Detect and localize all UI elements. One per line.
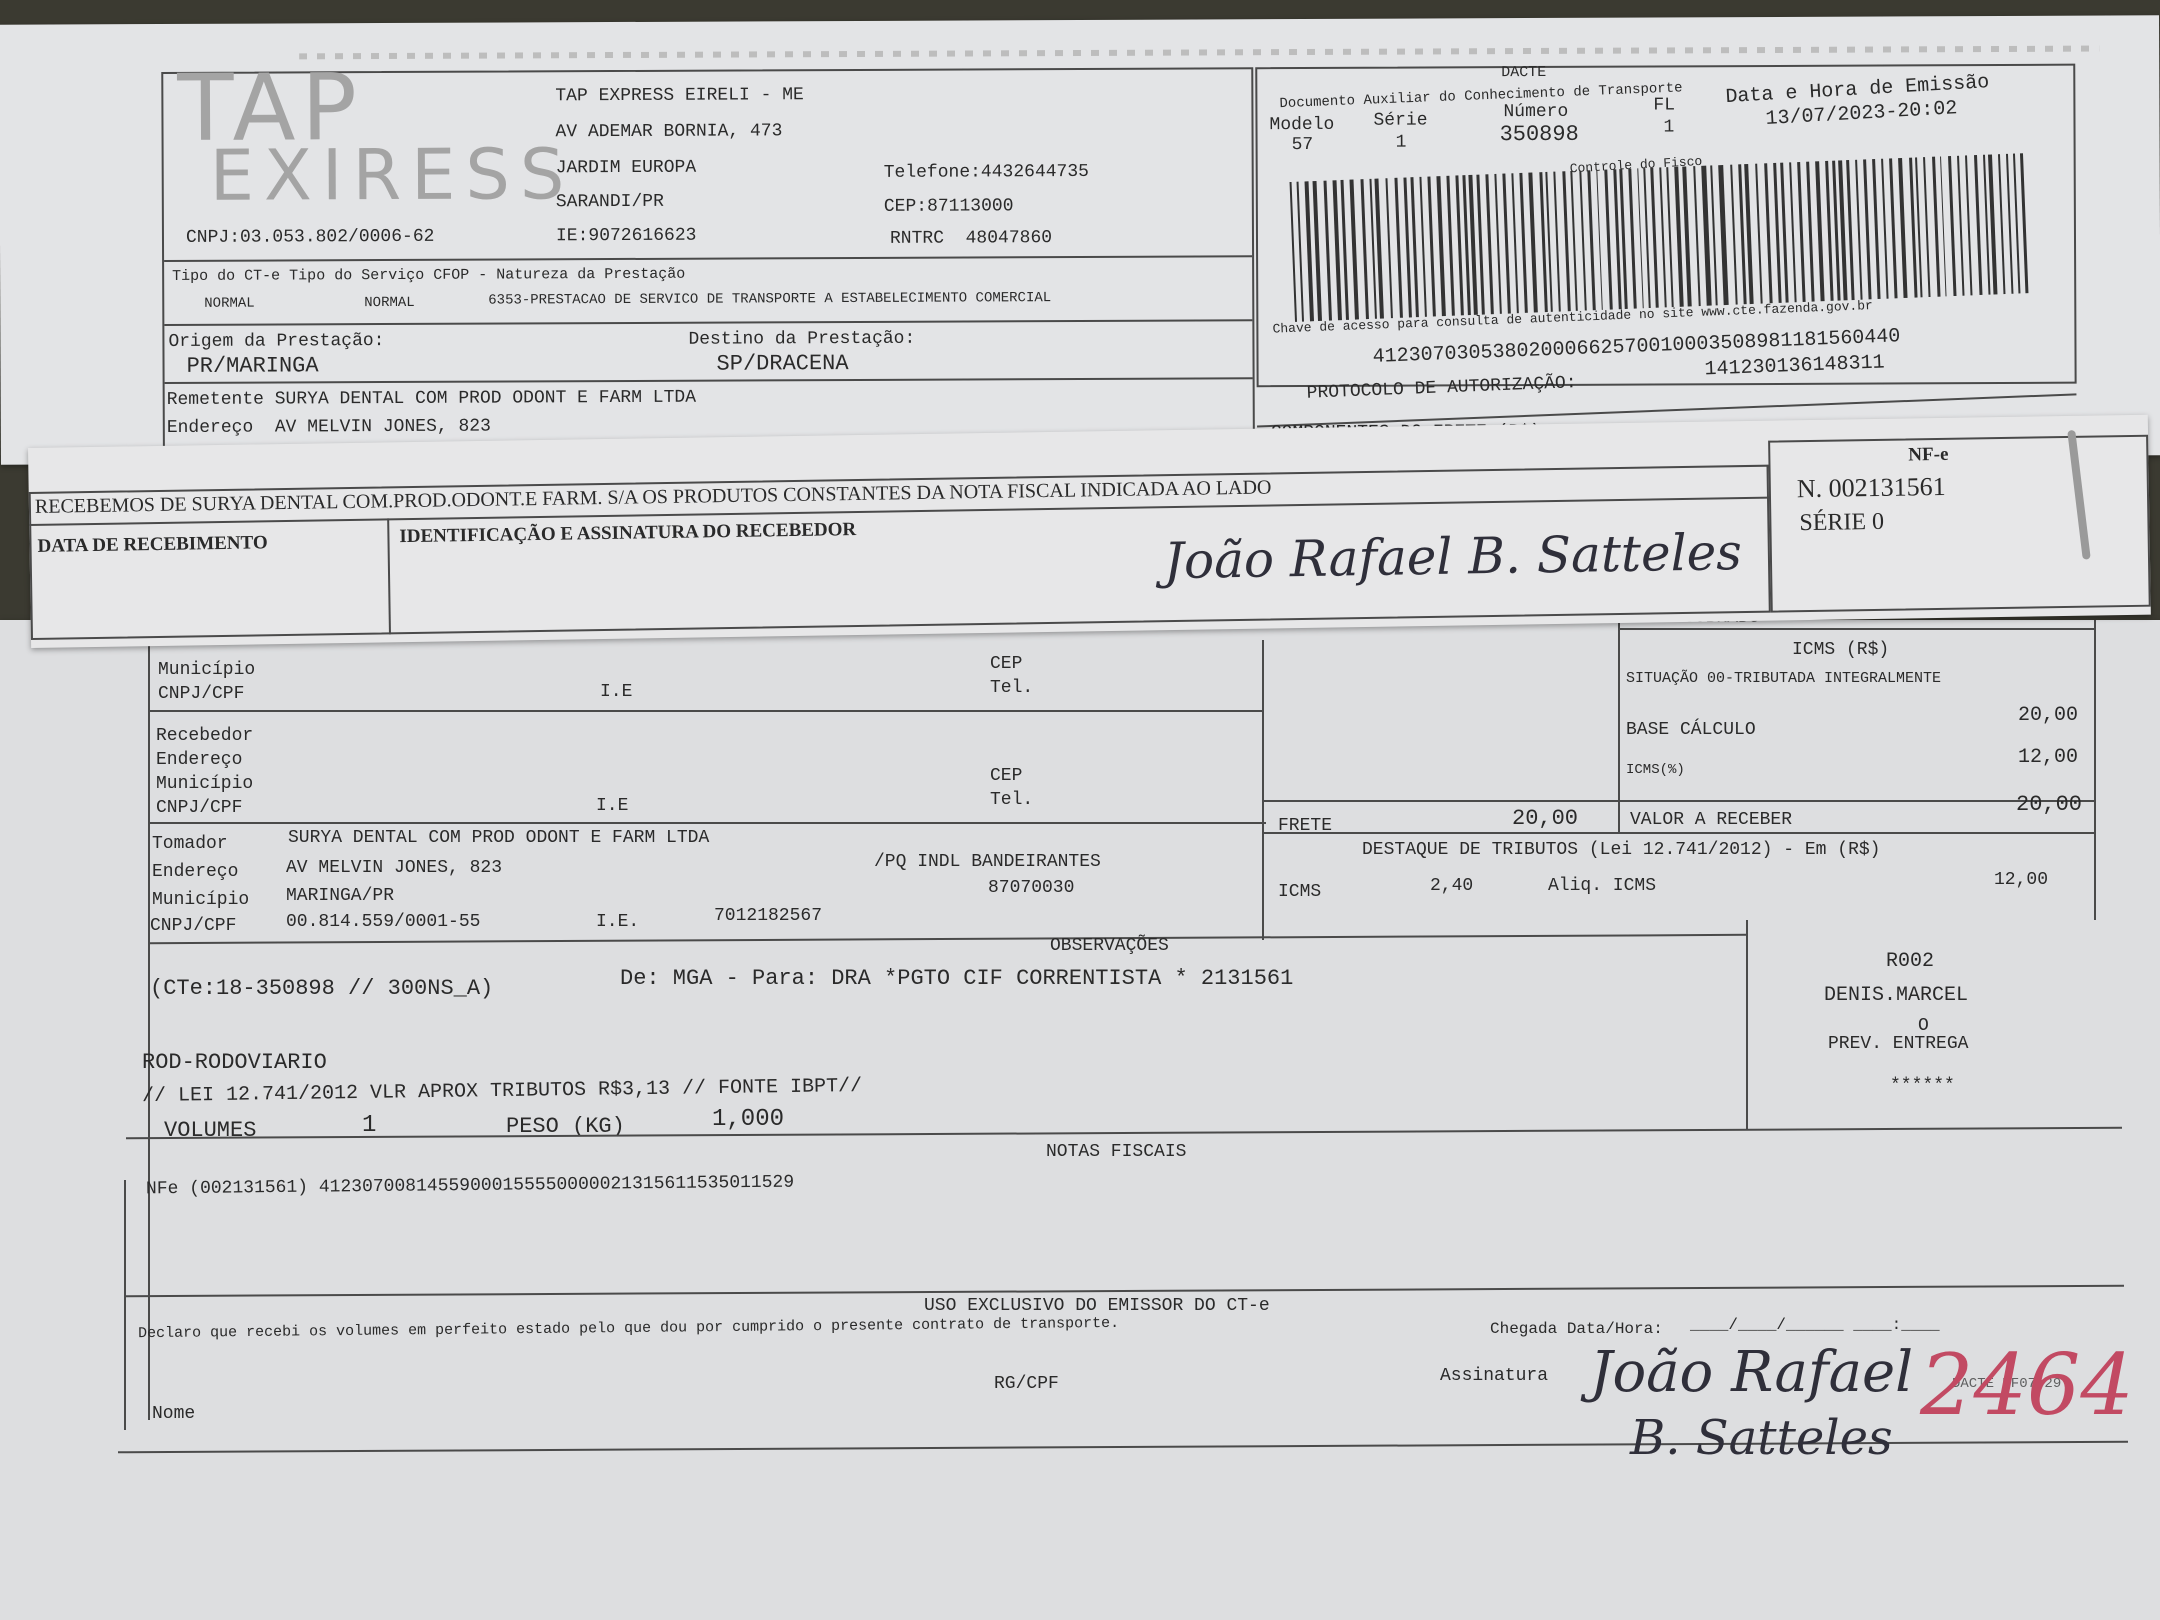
- modelo-label: Modelo: [1269, 115, 1334, 135]
- route-letter: O: [1918, 1016, 1929, 1036]
- obs-line1b: De: MGA - Para: DRA *PGTO CIF CORRENTIST…: [620, 966, 1293, 991]
- cte-type: NORMAL: [204, 296, 254, 312]
- tomador-endereco-label: Endereço: [152, 862, 238, 882]
- icms-title: ICMS (R$): [1792, 640, 1889, 660]
- handwritten-number: 2464: [1920, 1336, 2134, 1434]
- chegada-field[interactable]: ____/____/______ ____:____: [1690, 1316, 1940, 1334]
- fl-label: FL: [1653, 95, 1675, 115]
- dacte-top-page: TAP EXIRESS TAP EXPRESS EIRELI - ME AV A…: [0, 15, 2160, 464]
- origin-label: Origem da Prestação:: [168, 331, 384, 352]
- numero-label: Número: [1503, 102, 1568, 122]
- dest-tel-label: Tel.: [990, 678, 1033, 698]
- nfe-entry: NFe (002131561) 412307008145590001555500…: [146, 1173, 794, 1200]
- recebedor-municipio-label: Município: [156, 774, 253, 794]
- tomador-cnpj: 00.814.559/0001-55: [286, 912, 480, 932]
- issuer-name: TAP EXPRESS EIRELI - ME: [555, 85, 804, 106]
- logo-line2: EXIRESS: [210, 134, 575, 216]
- serie-label: Série: [1373, 110, 1427, 130]
- tomador-cep: 87070030: [988, 878, 1074, 898]
- destination-label: Destino da Prestação:: [688, 329, 915, 350]
- frete-value: 20,00: [1512, 806, 1578, 831]
- icms-aliq-value: 12,00: [2018, 746, 2078, 769]
- footer-title: USO EXCLUSIVO DO EMISSOR DO CT-e: [924, 1296, 1270, 1316]
- fl-value: 1: [1663, 117, 1674, 137]
- tomador-ie: 7012182567: [714, 906, 822, 926]
- sender-address-row: Endereço AV MELVIN JONES, 823: [167, 417, 491, 438]
- observacoes-title: OBSERVAÇÕES: [1050, 936, 1169, 956]
- issuer-phone: Telefone:4432644735: [884, 162, 1089, 183]
- sender-row: Remetente SURYA DENTAL COM PROD ODONT E …: [167, 388, 696, 410]
- nome-label: Nome: [152, 1404, 195, 1424]
- dest-cnpj-label: CNPJ/CPF: [158, 684, 244, 704]
- issuer-district: JARDIM EUROPA: [556, 158, 697, 179]
- icms-aliq-label: ICMS(%): [1626, 762, 1685, 778]
- service-header: Tipo do CT-e Tipo do Serviço CFOP - Natu…: [172, 266, 685, 285]
- route-name: DENIS.MARCEL: [1824, 984, 1968, 1007]
- issuer-city: SARANDI/PR: [556, 192, 664, 212]
- route-code: R002: [1886, 950, 1934, 973]
- tributos-title: DESTAQUE DE TRIBUTOS (Lei 12.741/2012) -…: [1362, 840, 1880, 860]
- dacte-title: DACTE: [1501, 64, 1546, 81]
- nfe-number: N. 002131561: [1797, 472, 1946, 504]
- carrier-signature-line2: B. Satteles: [1630, 1410, 1893, 1466]
- carrier-signature-line1: João Rafael: [1590, 1340, 1913, 1405]
- nfe-receipt-stub: RECEBEMOS DE SURYA DENTAL COM.PROD.ODONT…: [28, 415, 2151, 648]
- tributos-icms-label: ICMS: [1278, 882, 1321, 902]
- tomador-name: SURYA DENTAL COM PROD ODONT E FARM LTDA: [288, 828, 709, 848]
- dest-ie-label: I.E: [600, 682, 632, 702]
- footer-declaration: Declaro que recebi os volumes em perfeit…: [138, 1315, 1119, 1342]
- assinatura-label: Assinatura: [1440, 1366, 1548, 1386]
- icms-situacao: SITUAÇÃO 00-TRIBUTADA INTEGRALMENTE: [1626, 670, 1941, 687]
- rntrc-label: RNTRC: [890, 229, 944, 249]
- sender-label: Remetente: [167, 390, 264, 410]
- volumes-label: VOLUMES: [164, 1118, 256, 1143]
- recebedor-ie-label: I.E: [596, 796, 628, 816]
- tomador-label: Tomador: [152, 834, 228, 854]
- icms-base-value: 20,00: [2018, 704, 2078, 727]
- rg-label: RG/CPF: [994, 1374, 1059, 1394]
- tributos-icms-value: 2,40: [1430, 876, 1473, 896]
- recebedor-label: Recebedor: [156, 726, 253, 746]
- service-type: NORMAL: [364, 295, 414, 311]
- nfe-serie: SÉRIE 0: [1799, 509, 1884, 537]
- obs-line2: ROD-RODOVIARIO: [142, 1050, 327, 1075]
- tomador-endereco: AV MELVIN JONES, 823: [286, 858, 502, 878]
- sender-name: SURYA DENTAL COM PROD ODONT E FARM LTDA: [275, 388, 696, 410]
- receiver-signature: João Rafael B. Satteles: [1163, 523, 1742, 590]
- dest-municipio-label: Município: [158, 660, 255, 680]
- rntrc-value: 48047860: [966, 228, 1053, 248]
- cfop: 6353-PRESTACAO DE SERVICO DE TRANSPORTE …: [488, 290, 1051, 308]
- obs-line3: // LEI 12.741/2012 VLR APROX TRIBUTOS R$…: [142, 1075, 862, 1108]
- nfe-label: NF-e: [1908, 444, 1948, 467]
- date-received-label: DATA DE RECEBIMENTO: [37, 532, 267, 558]
- route-stars: ******: [1890, 1076, 1955, 1096]
- origin-value: PR/MARINGA: [186, 353, 318, 379]
- sender-address: AV MELVIN JONES, 823: [275, 417, 491, 438]
- issuer-rntrc: RNTRC 48047860: [890, 228, 1052, 249]
- valor-receber-label: VALOR A RECEBER: [1630, 810, 1792, 830]
- issuer-address: AV ADEMAR BORNIA, 473: [555, 121, 782, 142]
- prev-entrega: PREV. ENTREGA: [1828, 1034, 1968, 1054]
- perforation-line: [299, 46, 2099, 60]
- sender-address-label: Endereço: [167, 418, 254, 438]
- recebedor-tel-label: Tel.: [990, 790, 1033, 810]
- access-key-barcode: [1290, 153, 2035, 322]
- obs-line1a: (CTe:18-350898 // 300NS_A): [150, 976, 493, 1001]
- serie-value: 1: [1396, 133, 1407, 153]
- recebedor-cep-label: CEP: [990, 766, 1022, 786]
- recebedor-endereco-label: Endereço: [156, 750, 242, 770]
- dest-cep-label: CEP: [990, 654, 1022, 674]
- numero-value: 350898: [1499, 122, 1578, 147]
- tomador-cnpj-label: CNPJ/CPF: [150, 916, 236, 936]
- icms-base-label: BASE CÁLCULO: [1626, 720, 1756, 740]
- issuer-ie: IE:9072616623: [556, 226, 697, 247]
- dacte-bottom-page: Município CNPJ/CPF I.E CEP Tel. Recebedo…: [0, 620, 2160, 1620]
- notas-title: NOTAS FISCAIS: [1046, 1142, 1186, 1162]
- recebedor-cnpj-label: CNPJ/CPF: [156, 798, 242, 818]
- tomador-municipio: MARINGA/PR: [286, 886, 394, 906]
- peso-value: 1,000: [712, 1106, 784, 1133]
- tomador-ie-label: I.E.: [596, 912, 639, 932]
- issuer-cnpj: CNPJ:03.053.802/0006-62: [186, 227, 435, 248]
- valor-receber-value: 20,00: [2016, 792, 2082, 817]
- issuer-cep: CEP:87113000: [884, 196, 1014, 217]
- tributos-aliq-label: Aliq. ICMS: [1548, 876, 1656, 896]
- tomador-municipio-label: Município: [152, 890, 249, 910]
- tributos-aliq-value: 12,00: [1994, 870, 2048, 890]
- chegada-label: Chegada Data/Hora:: [1490, 1320, 1663, 1338]
- tomador-bairro: /PQ INDL BANDEIRANTES: [874, 852, 1101, 872]
- modelo-value: 57: [1292, 135, 1314, 155]
- destination-value: SP/DRACENA: [716, 351, 848, 377]
